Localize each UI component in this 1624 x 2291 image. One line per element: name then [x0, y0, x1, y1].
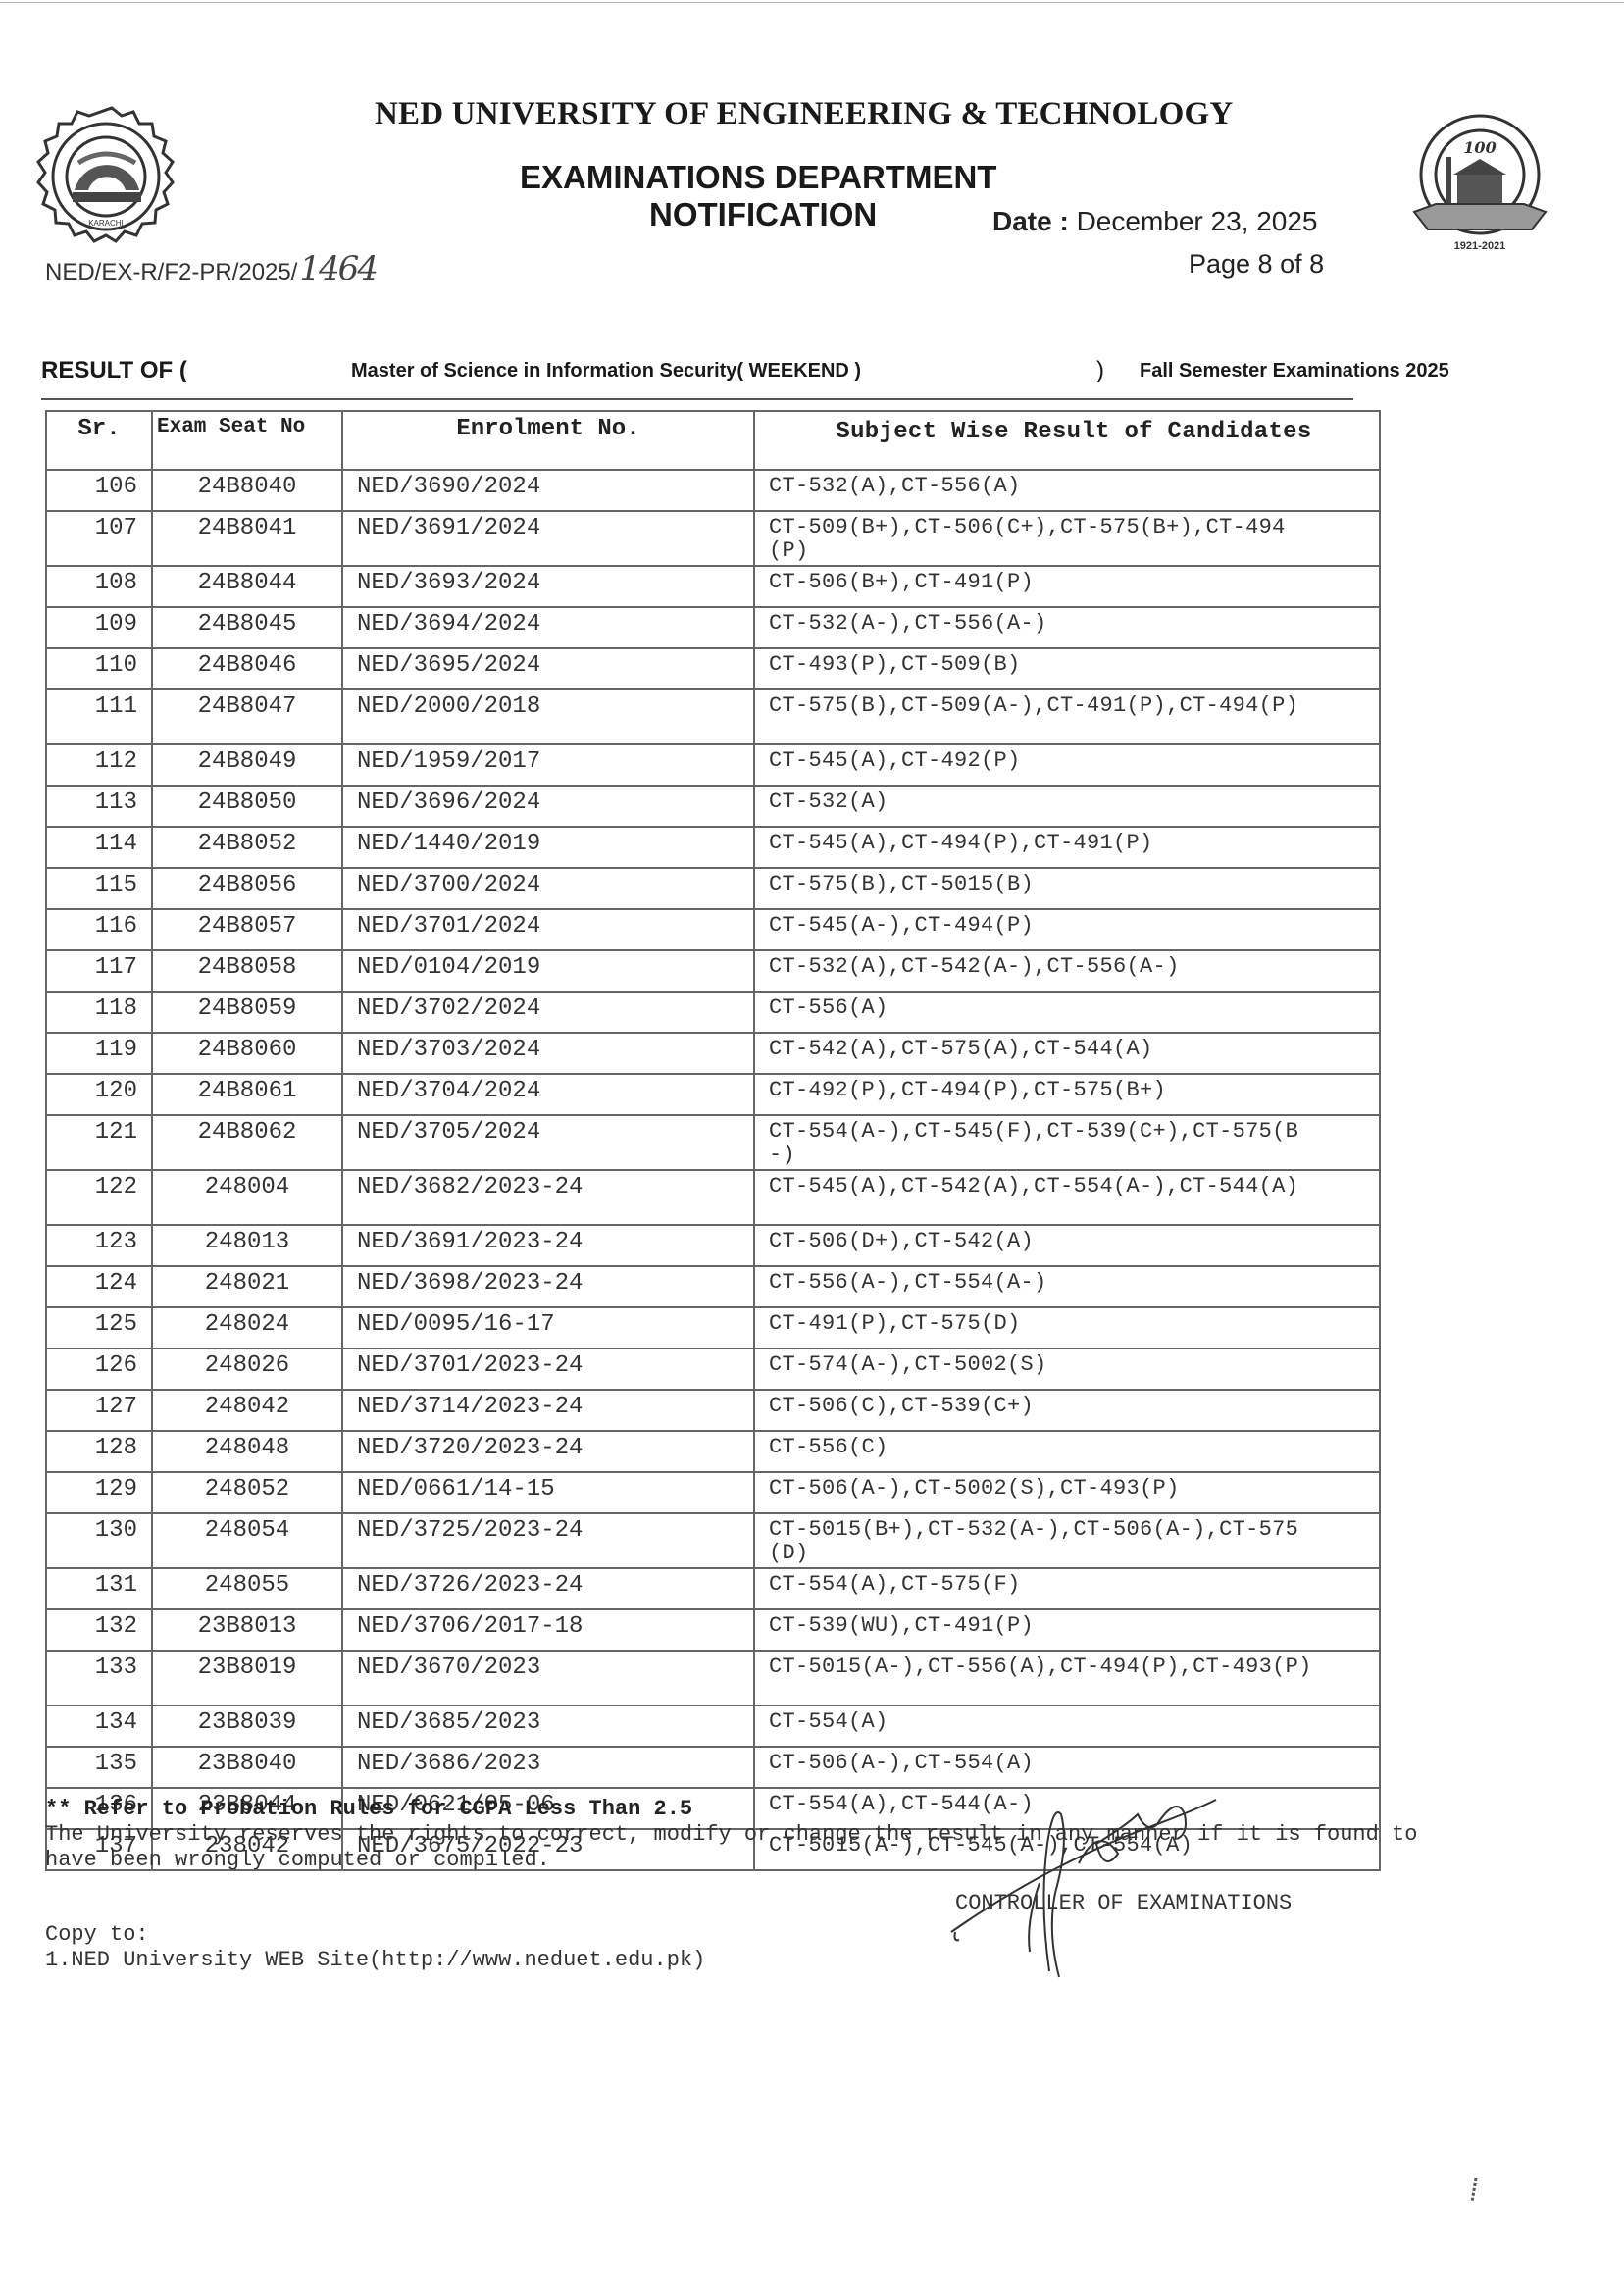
- program-name: Master of Science in Information Securit…: [351, 360, 861, 382]
- cell-enrolment: NED/3685/2023: [342, 1706, 754, 1747]
- cell-enrolment: NED/3690/2024: [342, 470, 754, 511]
- table-row: 10624B8040NED/3690/2024CT-532(A),CT-556(…: [46, 470, 1380, 511]
- cell-enrolment: NED/3726/2023-24: [342, 1568, 754, 1609]
- cell-result: CT-545(A),CT-542(A),CT-554(A-),CT-544(A): [754, 1170, 1380, 1225]
- cell-enrolment: NED/3700/2024: [342, 868, 754, 909]
- cell-result: CT-5015(A-),CT-556(A),CT-494(P),CT-493(P…: [754, 1651, 1380, 1706]
- cell-enrolment: NED/3695/2024: [342, 648, 754, 689]
- result-text: CT-5015(A-),CT-556(A),CT-494(P),CT-493(P…: [769, 1655, 1318, 1679]
- cell-result: CT-493(P),CT-509(B): [754, 648, 1380, 689]
- semester-name: Fall Semester Examinations 2025: [1140, 360, 1449, 382]
- cell-sr: 134: [46, 1706, 152, 1747]
- column-header-result: Subject Wise Result of Candidates: [754, 411, 1380, 470]
- cell-sr: 126: [46, 1349, 152, 1390]
- cell-exam-seat: 24B8045: [152, 607, 342, 648]
- result-text: CT-493(P),CT-509(B): [769, 653, 1318, 677]
- table-row: 13223B8013NED/3706/2017-18CT-539(WU),CT-…: [46, 1609, 1380, 1651]
- table-row: 127248042NED/3714/2023-24CT-506(C),CT-53…: [46, 1390, 1380, 1431]
- cell-sr: 108: [46, 566, 152, 607]
- scan-top-edge: [0, 2, 1624, 3]
- cell-exam-seat: 248024: [152, 1307, 342, 1349]
- cell-result: CT-509(B+),CT-506(C+),CT-575(B+),CT-494(…: [754, 511, 1380, 566]
- cell-exam-seat: 24B8046: [152, 648, 342, 689]
- cell-exam-seat: 248021: [152, 1266, 342, 1307]
- cell-exam-seat: 248055: [152, 1568, 342, 1609]
- cell-sr: 132: [46, 1609, 152, 1651]
- cell-sr: 125: [46, 1307, 152, 1349]
- table-row: 10824B8044NED/3693/2024CT-506(B+),CT-491…: [46, 566, 1380, 607]
- ned-centenary-seal-icon: 100 1921-2021: [1406, 106, 1553, 273]
- university-name: NED UNIVERSITY OF ENGINEERING & TECHNOLO…: [375, 96, 1233, 132]
- cell-sr: 113: [46, 786, 152, 827]
- signature-icon: [932, 1785, 1285, 1981]
- cell-result: CT-506(A-),CT-554(A): [754, 1747, 1380, 1788]
- result-text: CT-491(P),CT-575(D): [769, 1312, 1318, 1336]
- cell-result: CT-575(B),CT-509(A-),CT-491(P),CT-494(P): [754, 689, 1380, 744]
- cell-sr: 111: [46, 689, 152, 744]
- result-text: CT-545(A-),CT-494(P): [769, 914, 1318, 938]
- cell-exam-seat: 23B8040: [152, 1747, 342, 1788]
- table-row: 131248055NED/3726/2023-24CT-554(A),CT-57…: [46, 1568, 1380, 1609]
- cell-exam-seat: 23B8013: [152, 1609, 342, 1651]
- results-table: Sr. Exam Seat No Enrolment No. Subject W…: [45, 410, 1381, 1871]
- date-label: Date :: [992, 206, 1069, 236]
- cell-sr: 123: [46, 1225, 152, 1266]
- cell-exam-seat: 248048: [152, 1431, 342, 1472]
- table-row: 129248052NED/0661/14-15CT-506(A-),CT-500…: [46, 1472, 1380, 1513]
- cell-exam-seat: 24B8041: [152, 511, 342, 566]
- result-text: CT-532(A),CT-556(A): [769, 475, 1318, 498]
- margin-mark-icon: [1466, 2172, 1496, 2212]
- table-row: 128248048NED/3720/2023-24CT-556(C): [46, 1431, 1380, 1472]
- table-row: 123248013NED/3691/2023-24CT-506(D+),CT-5…: [46, 1225, 1380, 1266]
- cell-enrolment: NED/3696/2024: [342, 786, 754, 827]
- table-row: 10924B8045NED/3694/2024CT-532(A-),CT-556…: [46, 607, 1380, 648]
- cell-enrolment: NED/1440/2019: [342, 827, 754, 868]
- cell-result: CT-491(P),CT-575(D): [754, 1307, 1380, 1349]
- table-row: 10724B8041NED/3691/2024CT-509(B+),CT-506…: [46, 511, 1380, 566]
- cell-exam-seat: 248042: [152, 1390, 342, 1431]
- cell-enrolment: NED/3682/2023-24: [342, 1170, 754, 1225]
- cell-result: CT-5015(B+),CT-532(A-),CT-506(A-),CT-575…: [754, 1513, 1380, 1568]
- table-row: 126248026NED/3701/2023-24CT-574(A-),CT-5…: [46, 1349, 1380, 1390]
- result-text: CT-574(A-),CT-5002(S): [769, 1353, 1318, 1377]
- cell-sr: 107: [46, 511, 152, 566]
- cell-sr: 130: [46, 1513, 152, 1568]
- cell-enrolment: NED/3698/2023-24: [342, 1266, 754, 1307]
- svg-text:100: 100: [1463, 138, 1496, 157]
- cell-enrolment: NED/3714/2023-24: [342, 1390, 754, 1431]
- cell-enrolment: NED/3691/2024: [342, 511, 754, 566]
- result-text: CT-506(B+),CT-491(P): [769, 571, 1318, 594]
- cell-enrolment: NED/3703/2024: [342, 1033, 754, 1074]
- copy-to-block: Copy to: 1.NED University WEB Site(http:…: [45, 1922, 705, 1973]
- cell-result: CT-506(B+),CT-491(P): [754, 566, 1380, 607]
- column-header-sr: Sr.: [46, 411, 152, 470]
- cell-exam-seat: 248052: [152, 1472, 342, 1513]
- cell-enrolment: NED/2000/2018: [342, 689, 754, 744]
- cell-exam-seat: 24B8052: [152, 827, 342, 868]
- svg-text:KARACHI: KARACHI: [88, 219, 124, 228]
- svg-text:1921-2021: 1921-2021: [1454, 240, 1506, 252]
- cell-result: CT-532(A): [754, 786, 1380, 827]
- result-text: CT-532(A): [769, 790, 1318, 814]
- result-text: CT-506(D+),CT-542(A): [769, 1230, 1318, 1253]
- table-row: 124248021NED/3698/2023-24CT-556(A-),CT-5…: [46, 1266, 1380, 1307]
- cell-result: CT-545(A-),CT-494(P): [754, 909, 1380, 950]
- result-text: CT-554(A): [769, 1710, 1318, 1734]
- cell-exam-seat: 24B8060: [152, 1033, 342, 1074]
- result-text: CT-492(P),CT-494(P),CT-575(B+): [769, 1079, 1318, 1102]
- table-row: 13323B8019NED/3670/2023CT-5015(A-),CT-55…: [46, 1651, 1380, 1706]
- cell-exam-seat: 24B8056: [152, 868, 342, 909]
- cell-result: CT-556(A-),CT-554(A-): [754, 1266, 1380, 1307]
- cell-exam-seat: 248026: [152, 1349, 342, 1390]
- table-row: 11624B8057NED/3701/2024CT-545(A-),CT-494…: [46, 909, 1380, 950]
- cell-result: CT-556(C): [754, 1431, 1380, 1472]
- cell-sr: 114: [46, 827, 152, 868]
- table-row: 12024B8061NED/3704/2024CT-492(P),CT-494(…: [46, 1074, 1380, 1115]
- cell-result: CT-492(P),CT-494(P),CT-575(B+): [754, 1074, 1380, 1115]
- cell-sr: 118: [46, 992, 152, 1033]
- cell-sr: 109: [46, 607, 152, 648]
- cell-result: CT-506(C),CT-539(C+): [754, 1390, 1380, 1431]
- cell-result: CT-556(A): [754, 992, 1380, 1033]
- result-text: CT-539(WU),CT-491(P): [769, 1614, 1318, 1638]
- table-row: 130248054NED/3725/2023-24CT-5015(B+),CT-…: [46, 1513, 1380, 1568]
- table-row: 11124B8047NED/2000/2018CT-575(B),CT-509(…: [46, 689, 1380, 744]
- table-row: 13423B8039NED/3685/2023CT-554(A): [46, 1706, 1380, 1747]
- cell-exam-seat: 24B8062: [152, 1115, 342, 1170]
- cell-result: CT-506(D+),CT-542(A): [754, 1225, 1380, 1266]
- cell-sr: 124: [46, 1266, 152, 1307]
- cell-exam-seat: 24B8057: [152, 909, 342, 950]
- cell-result: CT-532(A),CT-556(A): [754, 470, 1380, 511]
- cell-sr: 120: [46, 1074, 152, 1115]
- cell-sr: 116: [46, 909, 152, 950]
- cell-result: CT-545(A),CT-494(P),CT-491(P): [754, 827, 1380, 868]
- probation-note: ** Refer to Probation Rules for CGPA Les…: [45, 1797, 692, 1821]
- cell-sr: 115: [46, 868, 152, 909]
- copy-to-item: 1.NED University WEB Site(http://www.ned…: [45, 1948, 705, 1973]
- table-row: 125248024NED/0095/16-17CT-491(P),CT-575(…: [46, 1307, 1380, 1349]
- cell-enrolment: NED/3694/2024: [342, 607, 754, 648]
- cell-result: CT-554(A),CT-575(F): [754, 1568, 1380, 1609]
- cell-result: CT-506(A-),CT-5002(S),CT-493(P): [754, 1472, 1380, 1513]
- ned-university-seal-icon: KARACHI: [35, 102, 188, 255]
- cell-result: CT-539(WU),CT-491(P): [754, 1609, 1380, 1651]
- result-text: CT-542(A),CT-575(A),CT-544(A): [769, 1038, 1318, 1061]
- notification-title: NOTIFICATION: [649, 196, 877, 233]
- table-row: 11524B8056NED/3700/2024CT-575(B),CT-5015…: [46, 868, 1380, 909]
- cell-enrolment: NED/3705/2024: [342, 1115, 754, 1170]
- cell-result: CT-532(A),CT-542(A-),CT-556(A-): [754, 950, 1380, 992]
- cell-enrolment: NED/1959/2017: [342, 744, 754, 786]
- result-text: CT-509(B+),CT-506(C+),CT-575(B+),CT-494(…: [769, 516, 1318, 563]
- cell-result: CT-545(A),CT-492(P): [754, 744, 1380, 786]
- cell-exam-seat: 24B8058: [152, 950, 342, 992]
- cell-sr: 128: [46, 1431, 152, 1472]
- table-row: 13523B8040NED/3686/2023CT-506(A-),CT-554…: [46, 1747, 1380, 1788]
- cell-result: CT-554(A-),CT-545(F),CT-539(C+),CT-575(B…: [754, 1115, 1380, 1170]
- table-header-row: Sr. Exam Seat No Enrolment No. Subject W…: [46, 411, 1380, 470]
- cell-result: CT-575(B),CT-5015(B): [754, 868, 1380, 909]
- reference-number: NED/EX-R/F2-PR/2025/1464: [45, 249, 377, 288]
- table-row: 11924B8060NED/3703/2024CT-542(A),CT-575(…: [46, 1033, 1380, 1074]
- table-row: 11224B8049NED/1959/2017CT-545(A),CT-492(…: [46, 744, 1380, 786]
- result-text: CT-545(A),CT-494(P),CT-491(P): [769, 832, 1318, 855]
- cell-enrolment: NED/0661/14-15: [342, 1472, 754, 1513]
- cell-result: CT-542(A),CT-575(A),CT-544(A): [754, 1033, 1380, 1074]
- cell-enrolment: NED/3701/2024: [342, 909, 754, 950]
- cell-sr: 127: [46, 1390, 152, 1431]
- copy-to-label: Copy to:: [45, 1922, 705, 1948]
- cell-sr: 133: [46, 1651, 152, 1706]
- table-row: 122248004NED/3682/2023-24CT-545(A),CT-54…: [46, 1170, 1380, 1225]
- notification-date: Date : December 23, 2025: [992, 206, 1318, 237]
- page-number: Page 8 of 8: [1189, 249, 1324, 280]
- cell-enrolment: NED/3693/2024: [342, 566, 754, 607]
- cell-sr: 112: [46, 744, 152, 786]
- result-text: CT-554(A),CT-575(F): [769, 1573, 1318, 1597]
- cell-exam-seat: 24B8040: [152, 470, 342, 511]
- department-title: EXAMINATIONS DEPARTMENT: [520, 159, 996, 196]
- result-of-close: ): [1096, 357, 1104, 384]
- result-text: CT-575(B),CT-509(A-),CT-491(P),CT-494(P): [769, 694, 1318, 718]
- cell-enrolment: NED/3670/2023: [342, 1651, 754, 1706]
- cell-enrolment: NED/3720/2023-24: [342, 1431, 754, 1472]
- cell-enrolment: NED/0095/16-17: [342, 1307, 754, 1349]
- cell-result: CT-554(A): [754, 1706, 1380, 1747]
- cell-sr: 131: [46, 1568, 152, 1609]
- cell-exam-seat: 24B8047: [152, 689, 342, 744]
- cell-sr: 119: [46, 1033, 152, 1074]
- table-row: 12124B8062NED/3705/2024CT-554(A-),CT-545…: [46, 1115, 1380, 1170]
- result-text: CT-506(A-),CT-554(A): [769, 1752, 1318, 1775]
- result-text: CT-554(A-),CT-545(F),CT-539(C+),CT-575(B…: [769, 1120, 1318, 1167]
- result-of-label: RESULT OF (: [41, 357, 187, 384]
- result-text: CT-506(C),CT-539(C+): [769, 1395, 1318, 1418]
- cell-exam-seat: 24B8049: [152, 744, 342, 786]
- table-row: 11424B8052NED/1440/2019CT-545(A),CT-494(…: [46, 827, 1380, 868]
- column-header-enrolment: Enrolment No.: [342, 411, 754, 470]
- cell-exam-seat: 24B8061: [152, 1074, 342, 1115]
- cell-sr: 135: [46, 1747, 152, 1788]
- table-row: 11324B8050NED/3696/2024CT-532(A): [46, 786, 1380, 827]
- column-header-seat: Exam Seat No: [152, 411, 342, 470]
- cell-enrolment: NED/3725/2023-24: [342, 1513, 754, 1568]
- header-divider: [41, 398, 1353, 400]
- cell-sr: 129: [46, 1472, 152, 1513]
- cell-enrolment: NED/0104/2019: [342, 950, 754, 992]
- cell-sr: 106: [46, 470, 152, 511]
- cell-enrolment: NED/3701/2023-24: [342, 1349, 754, 1390]
- result-text: CT-556(A-),CT-554(A-): [769, 1271, 1318, 1295]
- table-row: 11824B8059NED/3702/2024CT-556(A): [46, 992, 1380, 1033]
- result-text: CT-545(A),CT-492(P): [769, 749, 1318, 773]
- cell-enrolment: NED/3686/2023: [342, 1747, 754, 1788]
- cell-enrolment: NED/3691/2023-24: [342, 1225, 754, 1266]
- result-text: CT-5015(B+),CT-532(A-),CT-506(A-),CT-575…: [769, 1518, 1318, 1565]
- result-text: CT-556(A): [769, 996, 1318, 1020]
- cell-enrolment: NED/3702/2024: [342, 992, 754, 1033]
- result-text: CT-506(A-),CT-5002(S),CT-493(P): [769, 1477, 1318, 1501]
- cell-exam-seat: 248004: [152, 1170, 342, 1225]
- cell-result: CT-574(A-),CT-5002(S): [754, 1349, 1380, 1390]
- cell-sr: 110: [46, 648, 152, 689]
- result-text: CT-532(A-),CT-556(A-): [769, 612, 1318, 636]
- date-value: December 23, 2025: [1077, 206, 1318, 236]
- cell-enrolment: NED/3704/2024: [342, 1074, 754, 1115]
- cell-sr: 121: [46, 1115, 152, 1170]
- cell-exam-seat: 248054: [152, 1513, 342, 1568]
- result-text: CT-532(A),CT-542(A-),CT-556(A-): [769, 955, 1318, 979]
- cell-exam-seat: 23B8019: [152, 1651, 342, 1706]
- result-text: CT-575(B),CT-5015(B): [769, 873, 1318, 896]
- cell-sr: 122: [46, 1170, 152, 1225]
- cell-exam-seat: 24B8050: [152, 786, 342, 827]
- table-row: 11724B8058NED/0104/2019CT-532(A),CT-542(…: [46, 950, 1380, 992]
- cell-exam-seat: 248013: [152, 1225, 342, 1266]
- cell-result: CT-532(A-),CT-556(A-): [754, 607, 1380, 648]
- cell-exam-seat: 24B8059: [152, 992, 342, 1033]
- cell-exam-seat: 24B8044: [152, 566, 342, 607]
- result-text: CT-545(A),CT-542(A),CT-554(A-),CT-544(A): [769, 1175, 1318, 1198]
- reference-handwritten: 1464: [299, 249, 377, 288]
- reference-prefix: NED/EX-R/F2-PR/2025/: [45, 259, 297, 285]
- result-text: CT-556(C): [769, 1436, 1318, 1459]
- table-row: 11024B8046NED/3695/2024CT-493(P),CT-509(…: [46, 648, 1380, 689]
- cell-exam-seat: 23B8039: [152, 1706, 342, 1747]
- cell-enrolment: NED/3706/2017-18: [342, 1609, 754, 1651]
- cell-sr: 117: [46, 950, 152, 992]
